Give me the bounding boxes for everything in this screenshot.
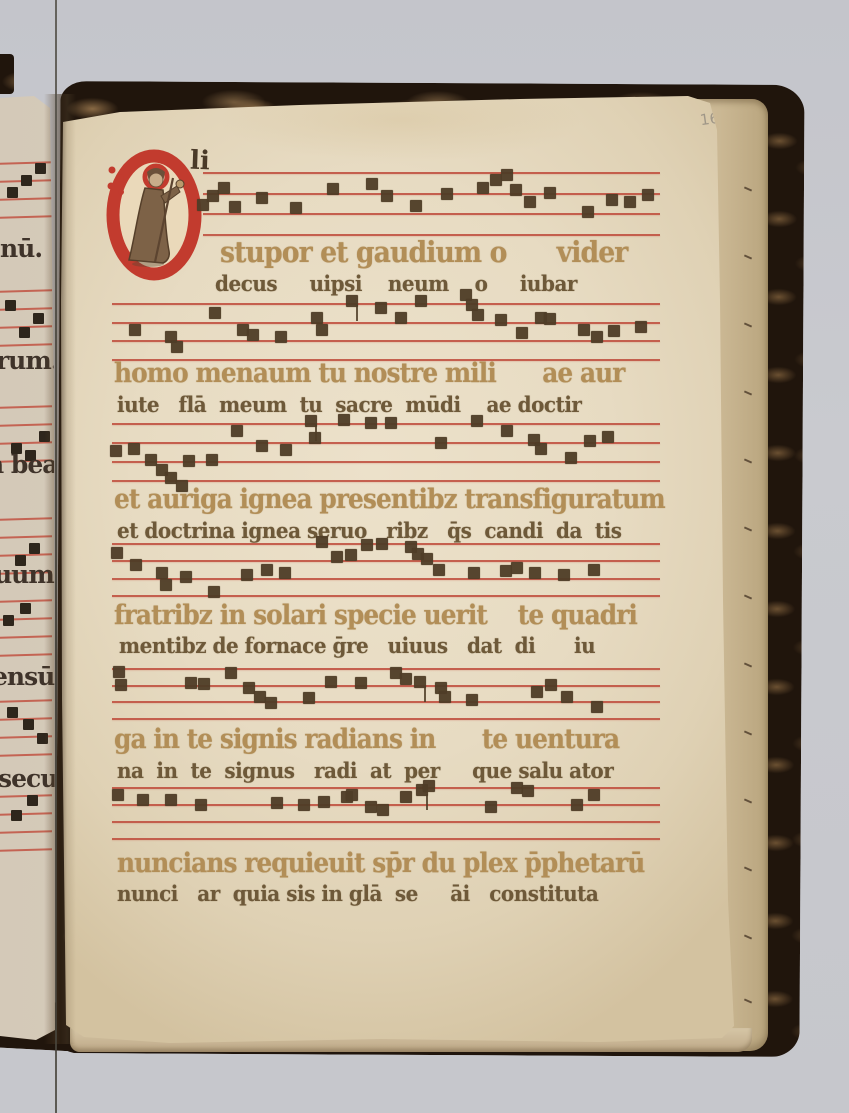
neume <box>400 673 412 685</box>
chant-text-large: et auriga ignea presentibz transfiguratu… <box>114 486 665 513</box>
neume <box>495 314 507 326</box>
neume <box>365 417 377 429</box>
neume <box>338 414 350 426</box>
neume <box>395 312 407 324</box>
neume <box>524 196 536 208</box>
neume <box>303 692 315 704</box>
chant-text-small: mentibz de fornace ḡre uiuus dat di iu <box>119 635 595 656</box>
neume <box>345 549 357 561</box>
neume <box>365 801 377 813</box>
neume <box>578 324 590 336</box>
neume <box>231 425 243 437</box>
neume <box>129 324 141 336</box>
staff-line <box>112 821 660 823</box>
neume <box>606 194 618 206</box>
neume <box>477 182 489 194</box>
neume <box>471 415 483 427</box>
neume <box>435 437 447 449</box>
neume <box>183 455 195 467</box>
hanging-thread <box>55 0 57 1113</box>
staff-line <box>112 668 660 670</box>
neume <box>218 182 230 194</box>
neume <box>571 799 583 811</box>
facing-neume <box>7 187 18 198</box>
neume <box>376 538 388 550</box>
staff-line <box>112 340 660 342</box>
neume <box>318 796 330 808</box>
staff-line <box>112 701 660 703</box>
facing-neume <box>23 719 34 730</box>
neume <box>439 691 451 703</box>
neume <box>485 801 497 813</box>
neume <box>588 789 600 801</box>
neume <box>400 791 412 803</box>
neume <box>522 785 534 797</box>
neume <box>441 188 453 200</box>
facing-neume <box>20 603 31 614</box>
neume <box>112 789 124 801</box>
neume <box>588 564 600 576</box>
facing-neume <box>5 300 16 311</box>
facing-neume <box>33 313 44 324</box>
neume <box>160 579 172 591</box>
neume <box>366 178 378 190</box>
chant-text-small: et doctrina ignea seruo ribz q̄s candi d… <box>117 520 621 541</box>
neume <box>208 586 220 598</box>
facing-neume <box>19 327 30 338</box>
chant-text-large: homo menaum tu nostre mili ae aur <box>114 360 624 387</box>
chant-text-large: nuncians requieuit sp̄r du plex p̄phetar… <box>117 850 644 877</box>
neume <box>327 183 339 195</box>
neume <box>298 799 310 811</box>
neume <box>510 184 522 196</box>
staff-line <box>112 560 660 562</box>
neume <box>466 694 478 706</box>
neume <box>544 187 556 199</box>
neume <box>316 536 328 548</box>
neume <box>110 445 122 457</box>
facing-neume <box>7 707 18 718</box>
neume <box>156 567 168 579</box>
gutter-fold-shadow <box>44 94 76 1044</box>
neume <box>280 444 292 456</box>
facing-neume <box>3 615 14 626</box>
neume <box>624 196 636 208</box>
neume <box>229 201 241 213</box>
neume <box>115 679 127 691</box>
neume <box>385 417 397 429</box>
neume <box>290 202 302 214</box>
neume <box>271 797 283 809</box>
staff-line <box>203 193 660 195</box>
illuminated-initial-O <box>103 144 203 284</box>
neume <box>591 331 603 343</box>
neume <box>516 327 528 339</box>
neume-tail <box>424 686 426 702</box>
neume <box>558 569 570 581</box>
chant-text-small: decus uipsi neum o iubar <box>215 273 577 294</box>
chant-text-small: nunci ar quia sis in glā se āi constitut… <box>117 883 598 904</box>
neume-tail <box>356 305 358 321</box>
neume <box>529 567 541 579</box>
neume <box>531 686 543 698</box>
initial-artwork <box>103 144 203 284</box>
neume <box>565 452 577 464</box>
photo-scene: nū.rum.n beatisuumensūsecu li 16 st <box>0 0 849 1113</box>
neume <box>137 794 149 806</box>
neume <box>433 564 445 576</box>
neume <box>381 190 393 202</box>
staff-line <box>112 718 660 720</box>
neume <box>195 799 207 811</box>
neume <box>635 321 647 333</box>
binding-edge-top-left <box>0 54 14 94</box>
neume <box>325 676 337 688</box>
neume <box>331 551 343 563</box>
neume <box>591 701 603 713</box>
neume-tail <box>426 794 428 810</box>
neume <box>535 443 547 455</box>
neume <box>256 192 268 204</box>
neume <box>582 206 594 218</box>
neume <box>642 189 654 201</box>
neume <box>501 425 513 437</box>
facing-neume <box>21 175 32 186</box>
neume <box>511 562 523 574</box>
neume <box>128 443 140 455</box>
neume <box>602 431 614 443</box>
neume <box>608 325 620 337</box>
neume <box>171 341 183 353</box>
staff-line <box>112 480 660 482</box>
neume <box>472 309 484 321</box>
neume <box>275 331 287 343</box>
neume <box>247 329 259 341</box>
neume <box>545 679 557 691</box>
staff-line <box>112 787 660 789</box>
neume <box>225 667 237 679</box>
neume <box>316 324 328 336</box>
neume <box>361 539 373 551</box>
facing-neume <box>11 810 22 821</box>
neume <box>584 435 596 447</box>
staff-line <box>112 595 660 597</box>
neume <box>309 432 321 444</box>
neume <box>256 440 268 452</box>
neume <box>241 569 253 581</box>
chant-text-small: iute flā meum tu sacre mūdi ae doctir <box>117 394 581 415</box>
neume <box>346 789 358 801</box>
neume <box>544 313 556 325</box>
neume <box>165 794 177 806</box>
neume <box>113 666 125 678</box>
neume <box>180 571 192 583</box>
neume <box>410 200 422 212</box>
neume <box>198 678 210 690</box>
neume <box>206 454 218 466</box>
neume <box>111 547 123 559</box>
neume <box>311 312 323 324</box>
neume <box>415 295 427 307</box>
chant-text-large: ga in te signis radians in te uentura <box>114 726 619 753</box>
neume <box>279 567 291 579</box>
chant-text-small: na in te signus radi at per que salu ato… <box>117 760 613 781</box>
facing-text-fragment: nū. <box>0 236 42 261</box>
neume <box>377 804 389 816</box>
neume <box>375 302 387 314</box>
staff-line <box>203 172 660 174</box>
neume <box>421 553 433 565</box>
chant-text-large: stupor et gaudium o vider <box>220 238 627 267</box>
neume <box>501 169 513 181</box>
chant-text-large: fratribz in solari specie uerit te quadr… <box>114 602 637 629</box>
neume <box>185 677 197 689</box>
neume <box>355 677 367 689</box>
neume <box>468 567 480 579</box>
facing-neume <box>27 795 38 806</box>
neume <box>423 780 435 792</box>
neume <box>561 691 573 703</box>
neume <box>265 697 277 709</box>
neume <box>130 559 142 571</box>
neume <box>261 564 273 576</box>
neume <box>209 307 221 319</box>
staff-line <box>112 578 660 580</box>
staff-line <box>112 838 660 840</box>
staff-line <box>112 442 660 444</box>
facing-neume <box>29 543 40 554</box>
